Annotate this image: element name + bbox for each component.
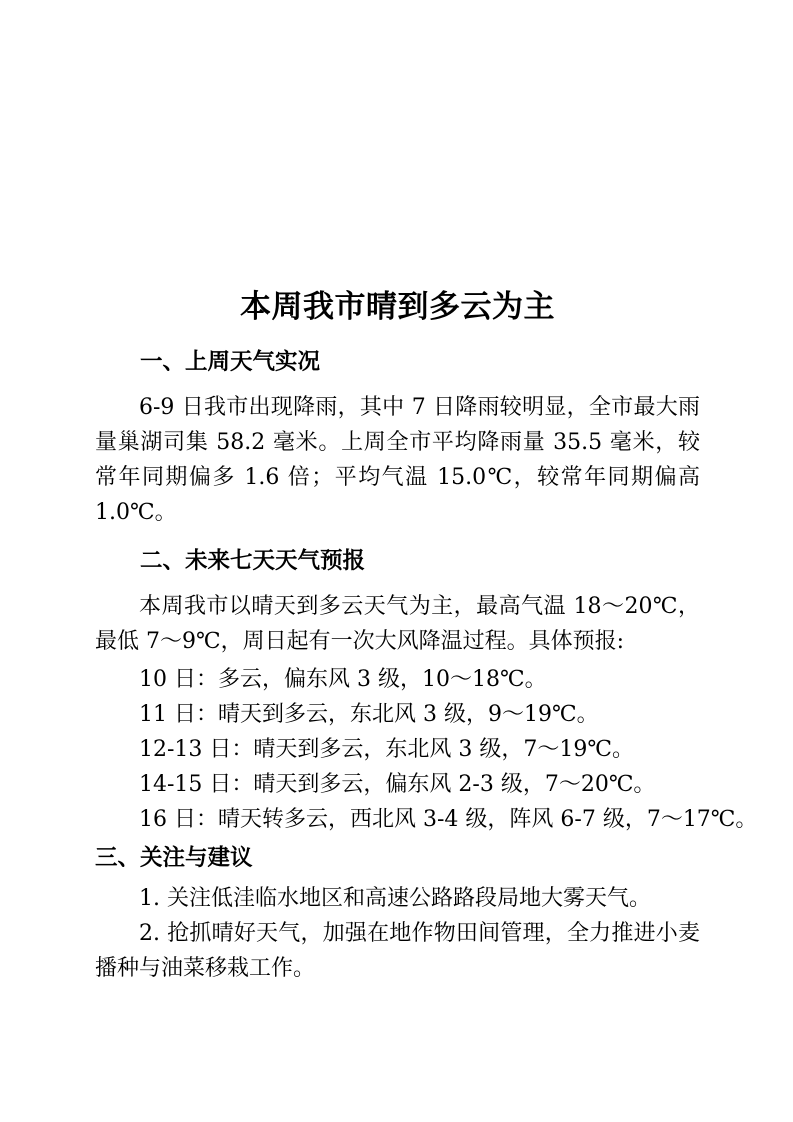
forecast-line-day12-13: 12-13 日：晴天到多云，东北风 3 级，7～19℃。 (95, 732, 700, 767)
section-2-heading: 二、未来七天天气预报 (95, 544, 700, 579)
document-content: 本周我市晴到多云为主 一、上周天气实况 6-9 日我市出现降雨，其中 7 日降雨… (95, 283, 700, 986)
section-1-paragraph: 6-9 日我市出现降雨，其中 7 日降雨较明显，全市最大雨量巢湖司集 58.2 … (95, 390, 700, 530)
suggestion-item-2: 2. 抢抓晴好天气，加强在地作物田间管理，全力推进小麦播种与油菜移栽工作。 (95, 916, 700, 986)
suggestion-item-1: 1. 关注低洼临水地区和高速公路路段局地大雾天气。 (95, 881, 700, 916)
forecast-list: 10 日：多云，偏东风 3 级，10～18℃。 11 日：晴天到多云，东北风 3… (95, 662, 700, 837)
section-2-intro-paragraph: 本周我市以晴天到多云天气为主，最高气温 18～20℃，最低 7～9℃，周日起有一… (95, 589, 700, 659)
document-title: 本周我市晴到多云为主 (95, 283, 700, 331)
document-page: 本周我市晴到多云为主 一、上周天气实况 6-9 日我市出现降雨，其中 7 日降雨… (0, 0, 793, 1122)
forecast-line-day10: 10 日：多云，偏东风 3 级，10～18℃。 (95, 662, 700, 697)
forecast-line-day16: 16 日：晴天转多云，西北风 3-4 级，阵风 6-7 级，7～17℃。 (95, 802, 700, 837)
forecast-line-day14-15: 14-15 日：晴天到多云，偏东风 2-3 级，7～20℃。 (95, 767, 700, 802)
forecast-line-day11: 11 日：晴天到多云，东北风 3 级，9～19℃。 (95, 697, 700, 732)
section-1-heading: 一、上周天气实况 (95, 345, 700, 380)
section-3-heading: 三、关注与建议 (95, 841, 700, 876)
